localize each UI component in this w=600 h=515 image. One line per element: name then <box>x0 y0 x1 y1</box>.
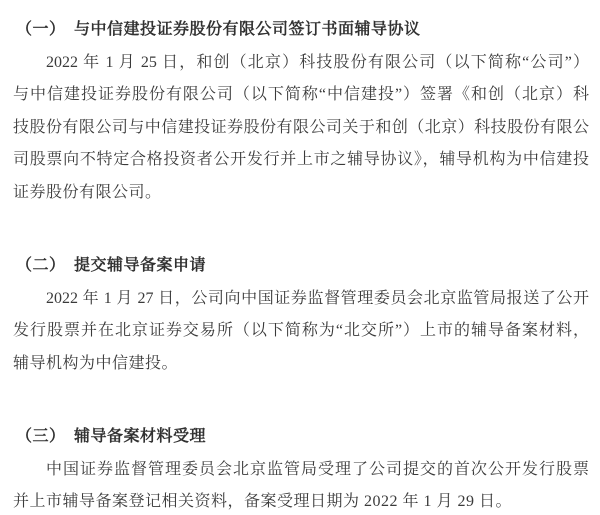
paragraph-line: 司股票向不特定合格投资者公开发行并上市之辅导协议》，辅导机构为中信建投 <box>13 144 589 177</box>
section-1-written-tutoring-agreement: （一） 与中信建投证券股份有限公司签订书面辅导协议 2022 年 1 月 25 … <box>13 14 589 209</box>
paragraph-line: 2022 年 1 月 25 日，和创（北京）科技股份有限公司（以下简称“公司”） <box>13 47 589 80</box>
section-3-heading: （三） 辅导备案材料受理 <box>13 421 589 454</box>
paragraph-line: 技股份有限公司与中信建投证券股份有限公司关于和创（北京）科技股份有限公 <box>13 112 589 145</box>
paragraph-line: 证券股份有限公司。 <box>13 177 589 210</box>
paragraph-line: 辅导机构为中信建投。 <box>13 348 589 381</box>
paragraph-line: 2022 年 1 月 27 日，公司向中国证券监督管理委员会北京监管局报送了公开 <box>13 283 589 316</box>
section-3-filing-acceptance: （三） 辅导备案材料受理 中国证券监督管理委员会北京监管局受理了公司提交的首次公… <box>13 421 589 515</box>
paragraph-line: 中国证券监督管理委员会北京监管局受理了公司提交的首次公开发行股票 <box>13 454 589 487</box>
paragraph-line: 与中信建投证券股份有限公司（以下简称“中信建投”）签署《和创（北京）科 <box>13 79 589 112</box>
section-2-heading: （二） 提交辅导备案申请 <box>13 250 589 283</box>
section-1-heading: （一） 与中信建投证券股份有限公司签订书面辅导协议 <box>13 14 589 47</box>
paragraph-line: 并上市辅导备案登记相关资料，备案受理日期为 2022 年 1 月 29 日。 <box>13 486 589 515</box>
paragraph-line: 发行股票并在北京证券交易所（以下简称为“北交所”）上市的辅导备案材料， <box>13 315 589 348</box>
section-2-filing-application: （二） 提交辅导备案申请 2022 年 1 月 27 日，公司向中国证券监督管理… <box>13 250 589 380</box>
document-body: （一） 与中信建投证券股份有限公司签订书面辅导协议 2022 年 1 月 25 … <box>0 0 600 515</box>
